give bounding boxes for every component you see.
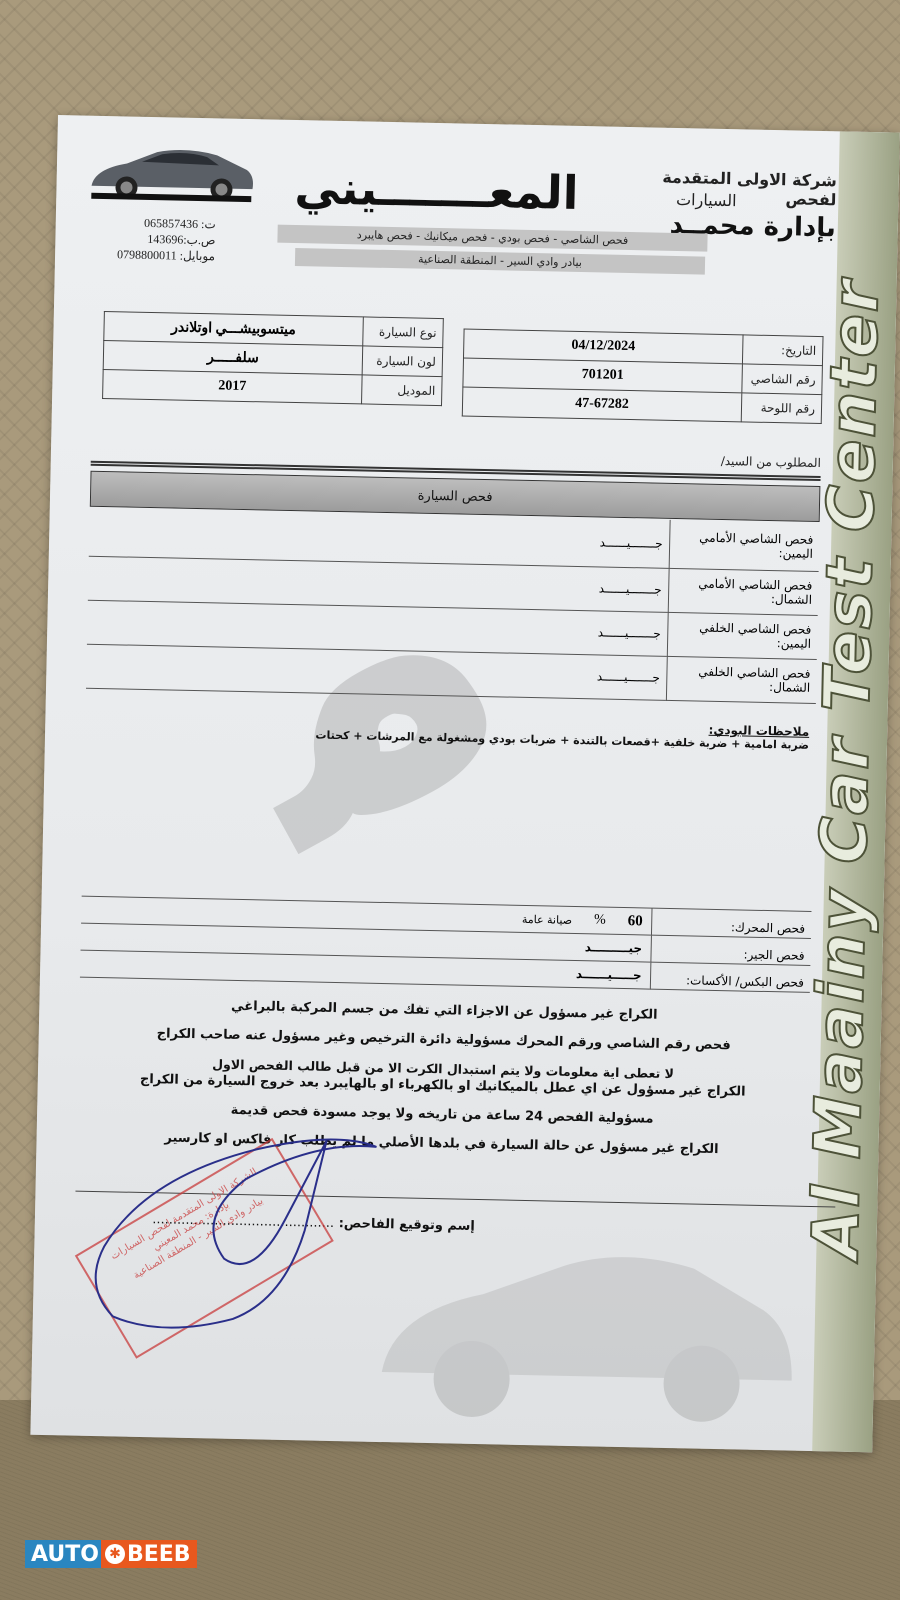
inspection-report-paper: Al Maainy Car Test Center ﻣ ت: 065857436… bbox=[30, 115, 899, 1452]
autobeeb-logo-beeb: ✱ BEEB bbox=[101, 1540, 197, 1568]
autobeeb-logo-auto: AUTO bbox=[25, 1540, 101, 1568]
handwritten-signature bbox=[72, 1116, 417, 1343]
car-logo-image bbox=[86, 141, 257, 205]
company-name-line2: السيارات bbox=[616, 189, 796, 212]
table-row: رقم اللوحة 47-67282 bbox=[462, 387, 822, 424]
requested-from-label: المطلوب من السيد/ bbox=[611, 452, 821, 470]
engine-percentage: 60 bbox=[628, 913, 643, 930]
contact-info: ت: 065857436 ص.ب:143696 موبايل: 07988000… bbox=[95, 214, 216, 265]
disclaimer-item: الكراج غير مسؤول عن الاجزاء التي تفك من … bbox=[79, 996, 809, 1026]
front-left-chassis-label: فحص الشاصي الأمامي الشمال: bbox=[668, 568, 819, 615]
engine-label: فحص المحرك: bbox=[651, 908, 812, 938]
chassis-inspection-table: فحص الشاصي الأمامي اليمين: جـــــــيــــ… bbox=[86, 508, 820, 704]
body-notes: ملاحظات البودي: ضربة امامية + ضربة خلفية… bbox=[82, 686, 816, 911]
address-band: بيادر وادي السير - المنطقة الصناعية bbox=[295, 248, 705, 275]
engine-note: صيانة عامة bbox=[522, 912, 572, 926]
plate-number-value: 47-67282 bbox=[462, 387, 742, 422]
chassis-number-label: رقم الشاصي bbox=[742, 364, 823, 395]
percent-sign: % bbox=[594, 912, 606, 928]
mobile-number: موبايل: 0798800011 bbox=[95, 246, 215, 265]
front-right-chassis-label: فحص الشاصي الأمامي اليمين: bbox=[669, 520, 820, 571]
plate-number-label: رقم اللوحة bbox=[741, 393, 822, 424]
vehicle-details-table: نوع السيارة ميتسوبيشـــي اوتلاندر لون ال… bbox=[102, 311, 444, 406]
mechanical-inspection-table: فحص المحرك: 60 % صيانة عامة فحص الجير: ج… bbox=[80, 896, 812, 993]
rear-right-chassis-label: فحص الشاصي الخلفي اليمين: bbox=[667, 612, 818, 659]
car-type-label: نوع السيارة bbox=[363, 317, 444, 348]
car-color-label: لون السيارة bbox=[362, 346, 443, 377]
table-row: الموديل 2017 bbox=[103, 370, 443, 406]
model-year-value: 2017 bbox=[103, 370, 363, 404]
brand-name: المعـــــــيني bbox=[256, 159, 617, 221]
wheel-icon: ✱ bbox=[105, 1544, 125, 1564]
vehicle-id-table: التاريخ: 04/12/2024 رقم الشاصي 701201 رق… bbox=[462, 329, 824, 425]
disclaimer-item: فحص رقم الشاصي ورقم المحرك مسؤولية دائرة… bbox=[79, 1025, 809, 1055]
car-watermark-image bbox=[361, 1202, 806, 1431]
autobeeb-watermark-logo: AUTO ✱ BEEB bbox=[25, 1540, 197, 1568]
axles-label: فحص البكس/ الأكسات: bbox=[650, 962, 811, 992]
gear-label: فحص الجير: bbox=[650, 935, 811, 965]
rear-left-chassis-label: فحص الشاصي الخلفي الشمال: bbox=[666, 656, 817, 703]
date-label: التاريخ: bbox=[742, 335, 823, 366]
side-banner: Al Maainy Car Test Center bbox=[812, 131, 900, 1452]
model-year-label: الموديل bbox=[362, 375, 443, 406]
